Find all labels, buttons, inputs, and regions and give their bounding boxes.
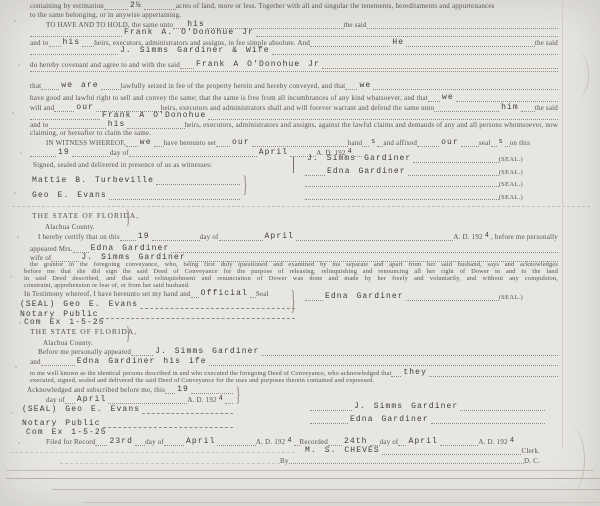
printed-text: appeared Mrs. [30,245,73,253]
dotted-leader [252,146,348,147]
dotted-leader [30,156,56,157]
dotted-leader [305,300,323,301]
printed-text: A. D. 192 [453,233,482,241]
dotted-leader [398,445,406,446]
dotted-leader [440,445,478,446]
printed-text: on this [510,139,530,147]
printed-text: acres of land, more or less. Together wi… [176,2,495,10]
dotted-leader [225,403,233,404]
printed-text: Seal [256,290,269,298]
printed-text: Recorded [300,438,328,446]
dotted-leader [135,445,145,446]
printed-text: day of [145,438,164,446]
witness-line-1: Mattie B. Turbeville [30,177,240,186]
seal-label: (SEAL.) [499,169,523,176]
printed-text: will and [30,104,54,112]
brace: } [126,325,130,343]
dotted-leader [65,403,75,404]
dotted-leader [373,89,558,90]
typed-witness-name: Geo E. Evans [30,191,109,200]
typed-entry: He [390,38,406,47]
line-presence: Signed, sealed and delivered in presence… [33,161,288,169]
typed-clerk-signature: M. S. CHEVES [303,446,382,455]
typed-entry: 19 [136,232,152,241]
typed-entry: 4 [285,437,293,445]
dotted-leader [305,199,499,200]
typed-signature: J. Simms Gardiner [305,154,413,163]
printed-text: before me that she did sign the said Dee… [24,268,558,275]
typed-entry: 4 [217,395,225,403]
typed-signature: Edna Gardiner [348,415,431,424]
brace: } [126,209,130,227]
section-divider [12,206,590,207]
ack2-grantor-signature-1: J. Simms Gardiner [310,403,545,412]
dotted-leader [272,54,558,55]
printed-text: I hereby certify that on this [38,233,120,241]
line-blank [30,71,558,73]
dotted-leader [109,199,240,200]
dotted-leader [310,410,352,411]
scan-artifact [52,489,600,490]
printed-text: A. D. 192 [256,438,285,446]
typed-entry: 24th [342,437,370,446]
scan-noise [14,20,16,22]
witness-line-2: Geo E. Evans [30,192,240,201]
typed-entry: s [497,138,505,146]
dotted-leader [296,240,453,241]
typed-entry: April [184,437,218,446]
ack2-grantor-signature-2: Edna Gardiner [310,416,545,425]
typed-entry: we [357,81,373,90]
dotted-leader [144,9,176,10]
dotted-leader [156,184,240,185]
printed-text: Before me personally appeared [38,348,131,356]
printed-text: seal [479,139,491,147]
dotted-leader [41,89,59,90]
dashed-leader [60,463,280,464]
printed-text: and [30,358,41,366]
typed-entry: they [401,368,429,377]
printed-text: the said [535,39,558,47]
dotted-leader [30,36,122,37]
typed-entry: we are [59,81,100,90]
dotted-leader [41,365,75,366]
printed-text: A. D. 192 [187,396,216,404]
printed-text: IN WITNESS WHEREOF, [46,139,126,147]
typed-acreage: 2½ [128,1,144,10]
printed-text: Alachua County. [45,223,95,231]
dotted-leader [406,300,499,301]
typed-signature: Edna Gardiner [325,167,408,176]
dotted-leader [305,186,499,187]
ack2-acksub-line: Acknowledged and subscribed before me, t… [27,386,233,395]
ack1-para-4: constraint, apprehension or fear of, or … [24,282,190,289]
scan-artifact [6,478,600,479]
scan-artifact [10,452,295,453]
printed-text: constraint, apprehension or fear of, or … [24,282,190,289]
typed-entry: April [75,395,109,404]
dotted-leader [456,101,558,102]
printed-text: to me well known as the identical person… [30,370,391,377]
dotted-leader [131,355,153,356]
printed-text: have hereunto set [164,139,216,147]
dotted-leader [256,36,558,37]
scan-artifact [6,470,594,471]
printed-text: the grantor in the foregoing conveyance,… [30,261,558,268]
seal-label: (SEAL.) [499,181,523,188]
dotted-leader [413,162,498,163]
dotted-leader [209,365,558,366]
dashed-leader [103,427,233,428]
typed-entry: Official [199,289,250,298]
printed-text: , before me personally [491,233,558,241]
typed-warrant-name: Frank A O'Donohue [100,111,208,120]
typed-entry: 19 [56,148,72,157]
ack2-before-line: Before me personally appeared J. Simms G… [38,348,558,357]
typed-entry: April [257,148,291,157]
typed-grantee-name: Frank A. O'Donohue Jr [122,28,256,37]
dotted-leader [428,101,440,102]
signature-line-3: (SEAL.) [305,181,523,188]
typed-entry: April [263,232,297,241]
printed-text: that [30,82,41,90]
line-estimation-2: to the same belonging, or in anywise app… [30,11,181,19]
printed-text: day of [110,149,129,157]
ack2-date-line: day of April A. D. 1924 [46,396,233,405]
printed-text: claiming, or hereafter to claim the same… [30,129,151,137]
deputy-line: By D. C. [60,457,540,465]
ack1-para-1: the grantor in the foregoing conveyance,… [30,261,558,268]
dotted-leader [191,297,199,298]
printed-text: Clerk. [521,447,540,455]
dotted-leader [429,376,558,377]
ack2-known-line-2: executed, signed, sealed and delivered t… [30,377,374,384]
dotted-leader [126,146,138,147]
typed-signature: Edna Gardiner [323,292,406,301]
printed-text: the said [344,21,367,29]
scan-artifact [82,502,600,503]
fold-line [562,0,563,448]
typed-entry: Edna Gardiner [89,244,172,253]
ack1-para-3: in said Deed described, and that said re… [24,275,558,282]
dotted-leader [431,423,545,424]
signature-line-4: (SEAL.) [305,194,523,201]
typed-entry: Com Ex 1-5-25 [24,428,109,437]
typed-entry: Notary Public [20,419,103,428]
printed-text: containing by estimation [30,2,104,10]
printed-text: and to [30,121,49,129]
ack2-county: Alachua County. [43,339,93,347]
dotted-leader [191,393,233,394]
typed-notary-signature: (SEAL) Geo E. Evans [18,300,140,309]
ack1-para-2: before me that she did sign the said Dee… [24,268,558,275]
ack2-commission: Com Ex 1-5-25 [24,429,109,438]
line-lawful-right: have good and lawful right to sell and c… [30,94,558,103]
ack1-testimony-line: In Testimony whereof, I have hereunto se… [24,290,290,299]
printed-text: executed, signed, sealed and delivered t… [30,377,374,384]
dotted-leader [171,252,558,253]
ack2-and-line: and Edna Gardiner his ife [30,358,558,367]
dotted-leader [491,146,497,147]
printed-text: to the same belonging, or in anywise app… [30,11,181,19]
ack1-county: Alachua County. [45,223,95,231]
scanned-deed-page: containing by estimation 2½ acres of lan… [0,0,600,506]
printed-text: Filed for Record [46,438,95,446]
dotted-leader [217,445,255,446]
dotted-leader [219,240,263,241]
typed-witness-name: Mattie B. Turbeville [30,176,156,185]
seal-label: (SEAL.) [499,194,523,201]
dotted-leader [391,376,401,377]
dotted-leader [154,146,164,147]
dotted-leader [345,89,357,90]
typed-entry: Edna Gardiner his ife [75,357,209,366]
typed-entry: s [369,138,377,146]
dotted-leader [108,403,187,404]
dashed-leader [101,318,295,319]
typed-entry: 23rd [107,437,135,446]
typed-entry: Com Ex 1-5-25 [22,318,107,327]
typed-entry: Frank A O'Donohue Jr [194,60,322,69]
printed-text: the said [535,104,558,112]
dotted-leader [30,119,100,120]
typed-entry: his [61,38,83,47]
typed-entry: April [406,437,440,446]
typed-entry: 4 [508,437,516,445]
dotted-leader [382,454,522,455]
line-grantee-name: Frank A. O'Donohue Jr [30,29,558,38]
line-claims-2: claiming, or hereafter to claim the same… [30,129,151,137]
dashed-leader [140,308,295,309]
dotted-leader [30,71,558,72]
line-covenant: do hereby covenant and agree to and with… [30,61,558,70]
typed-notary-signature: (SEAL) Geo E. Evans [20,405,142,414]
typed-entry: him [499,103,521,112]
clerk-line: M. S. CHEVES Clerk. [303,447,540,456]
line-witness-whereof: IN WITNESS WHEREOF, we have hereunto set… [46,139,530,148]
dotted-leader [289,463,524,464]
printed-text: A. D. 192 [478,438,507,446]
record-line: Filed for Record 23rd day of April A. D.… [46,438,516,447]
signature-line-2: Edna Gardiner (SEAL.) [305,168,523,177]
printed-text: In Testimony whereof, I have hereunto se… [24,290,191,298]
printed-text: in said Deed described, and that said re… [24,275,558,282]
dotted-leader [305,175,325,176]
dotted-leader [104,9,128,10]
ack2-notary-signature: (SEAL) Geo E. Evans [20,406,233,415]
line-estimation: containing by estimation 2½ acres of lan… [30,2,558,11]
dotted-leader [461,146,479,147]
typed-entry: our [439,138,461,147]
printed-text: Acknowledged and subscribed before me, t… [27,386,165,394]
printed-text: hand [348,139,362,147]
printed-text: do hereby covenant and agree to and with… [30,61,180,69]
typed-grantors-name: J. Simms Gardiner & Wife [118,46,272,55]
line-seized: that we are lawfully seized in fee of th… [30,82,558,91]
typed-entry: we [138,138,154,147]
dotted-leader [120,240,136,241]
printed-text: lawfully seized in fee of the property h… [121,82,346,90]
dotted-leader [261,355,558,356]
typed-signature: J. Simms Gardiner [352,402,460,411]
dotted-leader [322,68,558,69]
typed-entry: 19 [175,385,191,394]
dotted-leader [310,423,348,424]
printed-text: and affixed [383,139,417,147]
printed-text: heirs, executors, administrators and ass… [185,121,558,129]
scan-artifact [566,52,589,98]
dotted-leader [208,119,558,120]
dotted-leader [180,68,194,69]
dotted-leader [362,146,369,147]
printed-text: By [280,457,289,465]
printed-text: THE STATE OF FLORIDA, [32,211,139,220]
ack1-certify-line: I hereby certify that on this 19 day of … [38,233,558,242]
dotted-leader [164,445,184,446]
typed-entry: our [230,138,252,147]
seal-label: (SEAL.) [499,294,523,301]
dotted-leader [72,156,110,157]
typed-entry: his [106,120,128,129]
dotted-leader [95,445,107,446]
printed-text: THE STATE OF FLORIDA, [30,327,137,336]
dotted-leader [408,175,499,176]
dotted-leader [30,54,118,55]
signature-line-1: J. Simms Gardiner (SEAL.) [305,155,523,164]
seal-label: (SEAL.) [499,156,523,163]
typed-entry: our [74,103,96,112]
printed-text: have good and lawful right to sell and c… [30,94,428,102]
brace: } [236,384,240,406]
form-rule [293,156,294,173]
line-grantors-name: J. Simms Gardiner & Wife [30,47,558,56]
dotted-leader [101,89,121,90]
ack1-grantor-signature: Edna Gardiner (SEAL.) [305,293,523,302]
brace: } [243,174,247,197]
typed-entry: J. Simms Gardiner [153,347,261,356]
scan-artifact [558,428,585,492]
printed-text: day of [200,233,219,241]
typed-entry: we [440,93,456,102]
dotted-leader [129,156,257,157]
ack2-state: THE STATE OF FLORIDA, [30,327,137,336]
dotted-leader [417,146,439,147]
printed-text: Signed, sealed and delivered in presence… [33,161,212,169]
dotted-leader [152,240,200,241]
dashed-leader [142,413,233,414]
printed-text: day of [380,438,399,446]
dotted-leader [216,146,230,147]
dotted-leader [165,393,175,394]
typed-entry: 4 [483,232,491,240]
printed-text: day of [46,396,65,404]
ack1-state: THE STATE OF FLORIDA, [32,211,139,220]
printed-text: and to [30,39,49,47]
ack1-notary-signature: (SEAL) Geo E. Evans [18,301,295,310]
dotted-leader [460,410,545,411]
printed-text: Alachua County. [43,339,93,347]
printed-text: D. C. [524,457,540,465]
